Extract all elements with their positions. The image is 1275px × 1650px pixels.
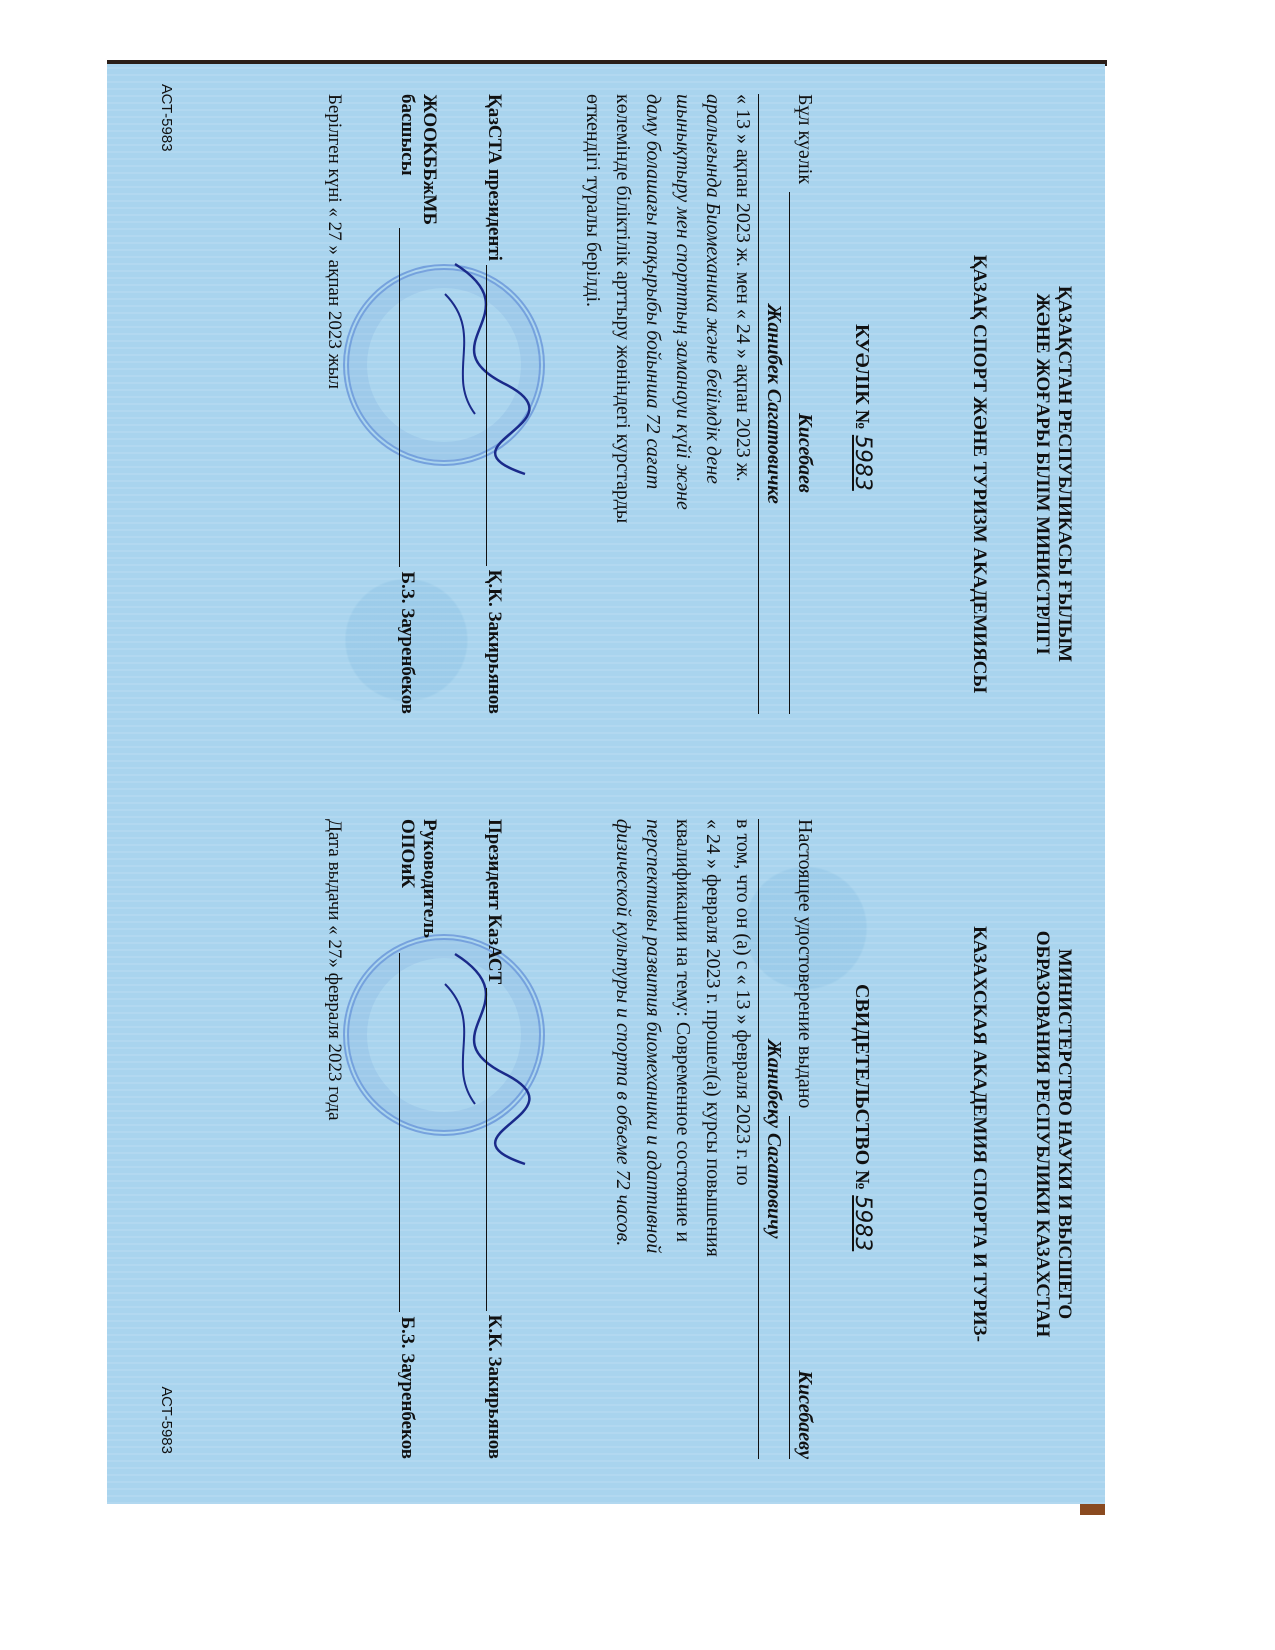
body-line: физической культуры и спорта в объеме 72…: [608, 819, 638, 1459]
body-line: шынықтыру мен спорттың заманауи күйі жән…: [668, 94, 698, 714]
certificate-title-kz: КУӘЛІК № 5983: [850, 324, 875, 491]
signature-line: [399, 953, 400, 1312]
document-code-ru: АСТ-5983: [158, 1386, 175, 1454]
header-line: МИНИСТЕРСТВО НАУКИ И ВЫСШЕГО: [1053, 874, 1075, 1394]
russian-section: МИНИСТЕРСТВО НАУКИ И ВЫСШЕГО ОБРАЗОВАНИЯ…: [107, 784, 1105, 1504]
document-code-kz: АСТ-5983: [158, 84, 175, 152]
signature-line: [486, 988, 487, 1310]
recipient-name: Жанибеку Сагатовичу: [758, 819, 789, 1459]
intro-text: Бұл куәлік: [789, 94, 820, 184]
recipient-surname: Кисебаеву: [789, 1116, 820, 1459]
title-label: СВИДЕТЕЛЬСТВО №: [851, 984, 873, 1190]
recipient-name: Жанибек Сагатовичке: [758, 94, 789, 714]
body-line: квалификации на тему: Современное состоя…: [668, 819, 698, 1459]
kazakh-section: ҚАЗАҚСТАН РЕСПУБЛИКАСЫ ҒЫЛЫМ ЖӘНЕ ЖОҒАРЫ…: [107, 64, 1105, 784]
certificate-number: 5983: [850, 435, 875, 491]
body-line: « 24 » февраля 2023 г. прошел(а) курсы п…: [698, 819, 728, 1459]
academy-name-kz: ҚАЗАҚ СПОРТ ЖӘНЕ ТУРИЗМ АКАДЕМИЯСЫ: [968, 214, 990, 734]
signatory-name: Б.З. Зауренбеков: [396, 571, 418, 714]
signature-line: [486, 265, 487, 566]
intro-row: Бұл куәлік Кисебаев: [789, 94, 820, 714]
title-label: КУӘЛІК №: [851, 324, 873, 430]
body-line: аралығында Биомеханика және бейімдік ден…: [698, 94, 728, 714]
intro-row: Настоящее удостоверение выдано Кисебаеву: [789, 819, 820, 1459]
issue-date-kz: Берілген күні « 27 » ақпан 2023 жыл: [323, 94, 345, 389]
course-dates: « 13 » ақпан 2023 ж. мен « 24 » ақпан 20…: [728, 94, 758, 714]
ministry-header-kz: ҚАЗАҚСТАН РЕСПУБЛИКАСЫ ҒЫЛЫМ ЖӘНЕ ЖОҒАРЫ…: [1031, 214, 1075, 734]
signatory-title: Руководитель ОПОиК: [396, 819, 440, 949]
academy-name-ru: КАЗАХСКАЯ АКАДЕМИЯ СПОРТА И ТУРИЗ-: [968, 874, 990, 1394]
header-line: ОБРАЗОВАНИЯ РЕСПУБЛИКИ КАЗАХСТАН: [1031, 874, 1053, 1394]
signatory-name: Қ.К. Закирьянов: [483, 570, 505, 714]
signatory-president-kz: ҚазСТА президенті Қ.К. Закирьянов: [483, 94, 505, 714]
certificate-body-kz: Бұл куәлік Кисебаев Жанибек Сагатовичке …: [578, 94, 820, 714]
certificate-title-ru: СВИДЕТЕЛЬСТВО № 5983: [850, 984, 875, 1251]
signatory-name: К.К. Закирьянов: [483, 1315, 505, 1459]
signatory-name: Б.З. Зауренбеков: [396, 1316, 418, 1459]
signatory-head-ru: Руководитель ОПОиК Б.З. Зауренбеков: [396, 819, 440, 1459]
signatory-head-kz: ЖООКББжМБ басшысы Б.З. Зауренбеков: [396, 94, 440, 714]
certificate-number: 5983: [850, 1195, 875, 1251]
body-line: даму болашағы тақырыбы бойынша 72 сағат: [638, 94, 668, 714]
body-line: көлемінде біліктілік арттыру жөніндегі к…: [608, 94, 638, 714]
certificate-body-ru: Настоящее удостоверение выдано Кисебаеву…: [608, 819, 820, 1459]
signature-line: [399, 228, 400, 567]
course-dates: в том, что он (а) с « 13 » февраля 2023 …: [728, 819, 758, 1459]
body-line: өткендігі туралы берілді.: [578, 94, 608, 714]
signatory-title: ҚазСТА президенті: [483, 94, 505, 261]
issue-date-ru: Дата выдачи « 27» февраля 2023 года: [323, 819, 345, 1121]
header-line: ҚАЗАҚСТАН РЕСПУБЛИКАСЫ ҒЫЛЫМ: [1053, 214, 1075, 734]
certificate-sheet: ҚАЗАҚСТАН РЕСПУБЛИКАСЫ ҒЫЛЫМ ЖӘНЕ ЖОҒАРЫ…: [107, 64, 1105, 1504]
header-line: ЖӘНЕ ЖОҒАРЫ БІЛІМ МИНИСТРЛІГІ: [1031, 214, 1053, 734]
signatory-title: Президент КазАСТ: [483, 819, 505, 984]
intro-text: Настоящее удостоверение выдано: [789, 819, 820, 1108]
certificate-paper: ҚАЗАҚСТАН РЕСПУБЛИКАСЫ ҒЫЛЫМ ЖӘНЕ ЖОҒАРЫ…: [107, 64, 1105, 1504]
signatory-president-ru: Президент КазАСТ К.К. Закирьянов: [483, 819, 505, 1459]
ministry-header-ru: МИНИСТЕРСТВО НАУКИ И ВЫСШЕГО ОБРАЗОВАНИЯ…: [1031, 874, 1075, 1394]
signatory-title: ЖООКББжМБ басшысы: [396, 94, 440, 224]
recipient-surname: Кисебаев: [789, 192, 820, 714]
body-line: перспективы развития биомеханики и адапт…: [638, 819, 668, 1459]
